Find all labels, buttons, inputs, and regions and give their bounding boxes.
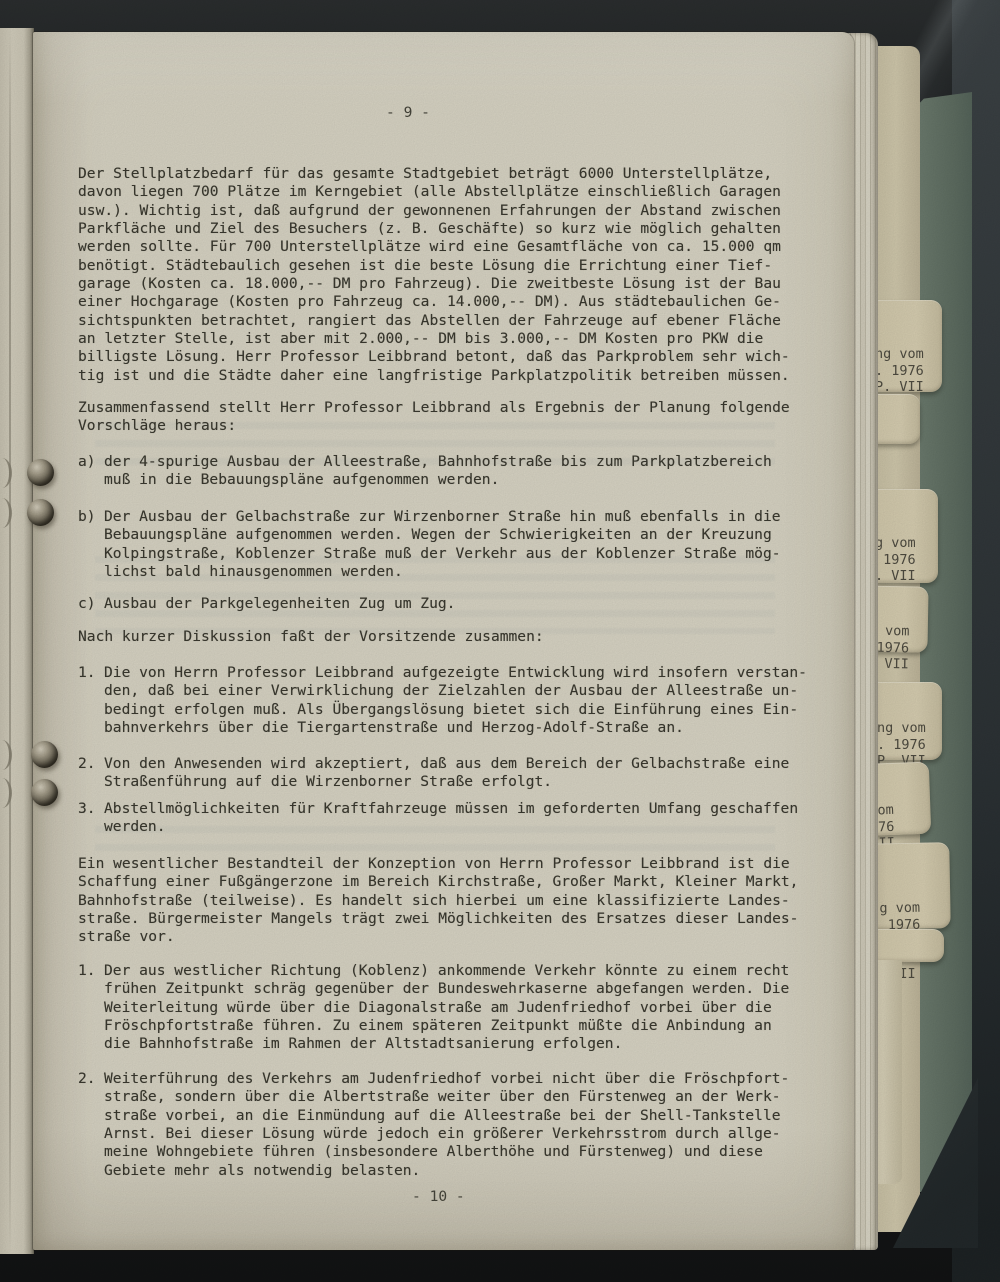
numbered-item-1b: 1. Der aus westlicher Richtung (Koblenz)… <box>78 962 789 1054</box>
page-crease <box>9 28 11 1254</box>
list-item-text: Abstellmöglichkeiten für Kraftfahrzeuge … <box>104 800 798 837</box>
list-item-text: Weiterführung des Verkehrs am Judenfried… <box>104 1070 789 1180</box>
paragraph: Der Stellplatzbedarf für das gesamte Sta… <box>78 165 790 385</box>
list-marker: 1. <box>78 664 96 682</box>
list-marker: a) <box>78 453 96 471</box>
binder-post <box>31 779 58 806</box>
paragraph-text: Der Stellplatzbedarf für das gesamte Sta… <box>78 165 790 385</box>
list-marker: 2. <box>78 755 96 773</box>
list-marker: 3. <box>78 800 96 818</box>
paragraph-text: Nach kurzer Diskussion faßt der Vorsitze… <box>78 628 544 646</box>
numbered-item-3: 3. Abstellmöglichkeiten für Kraftfahrzeu… <box>78 800 798 837</box>
list-marker: c) <box>78 595 96 613</box>
binder-post <box>31 741 58 768</box>
list-marker: 2. <box>78 1070 96 1088</box>
paragraph: Zusammenfassend stellt Herr Professor Le… <box>78 399 790 436</box>
numbered-item-1: 1. Die von Herrn Professor Leibbrand auf… <box>78 664 807 737</box>
numbered-item-2: 2. Von den Anwesenden wird akzeptiert, d… <box>78 755 789 792</box>
list-item-text: Der aus westlicher Richtung (Koblenz) an… <box>104 962 789 1054</box>
paragraph-text: Zusammenfassend stellt Herr Professor Le… <box>78 399 790 436</box>
paragraph: Ein wesentlicher Bestandteil der Konzept… <box>78 855 798 947</box>
list-item-b: b) Der Ausbau der Gelbachstraße zur Wirz… <box>78 508 781 581</box>
numbered-item-2b: 2. Weiterführung des Verkehrs am Judenfr… <box>78 1070 789 1180</box>
list-item-c: c) Ausbau der Parkgelegenheiten Zug um Z… <box>78 595 455 613</box>
list-item-a: a) der 4-spurige Ausbau der Alleestraße,… <box>78 453 772 490</box>
list-item-text: Ausbau der Parkgelegenheiten Zug um Zug. <box>104 595 455 613</box>
binder-post <box>27 459 54 486</box>
list-item-text: Von den Anwesenden wird akzeptiert, daß … <box>104 755 789 792</box>
list-marker: b) <box>78 508 96 526</box>
previous-page-edge <box>0 28 34 1254</box>
photographed-binder-page: ng vom . 1976 P. VII g vom 1976 . VII g … <box>0 0 1000 1282</box>
list-marker: 1. <box>78 962 96 980</box>
page-number-top: - 9 - <box>386 104 430 122</box>
binder-post <box>27 499 54 526</box>
list-item-text: der 4-spurige Ausbau der Alleestraße, Ba… <box>104 453 772 490</box>
list-item-text: Der Ausbau der Gelbachstraße zur Wirzenb… <box>104 508 781 581</box>
paragraph: Nach kurzer Diskussion faßt der Vorsitze… <box>78 628 544 646</box>
page-number-bottom: - 10 - <box>412 1188 465 1206</box>
list-item-text: Die von Herrn Professor Leibbrand aufgez… <box>104 664 807 737</box>
paragraph-text: Ein wesentlicher Bestandteil der Konzept… <box>78 855 798 947</box>
